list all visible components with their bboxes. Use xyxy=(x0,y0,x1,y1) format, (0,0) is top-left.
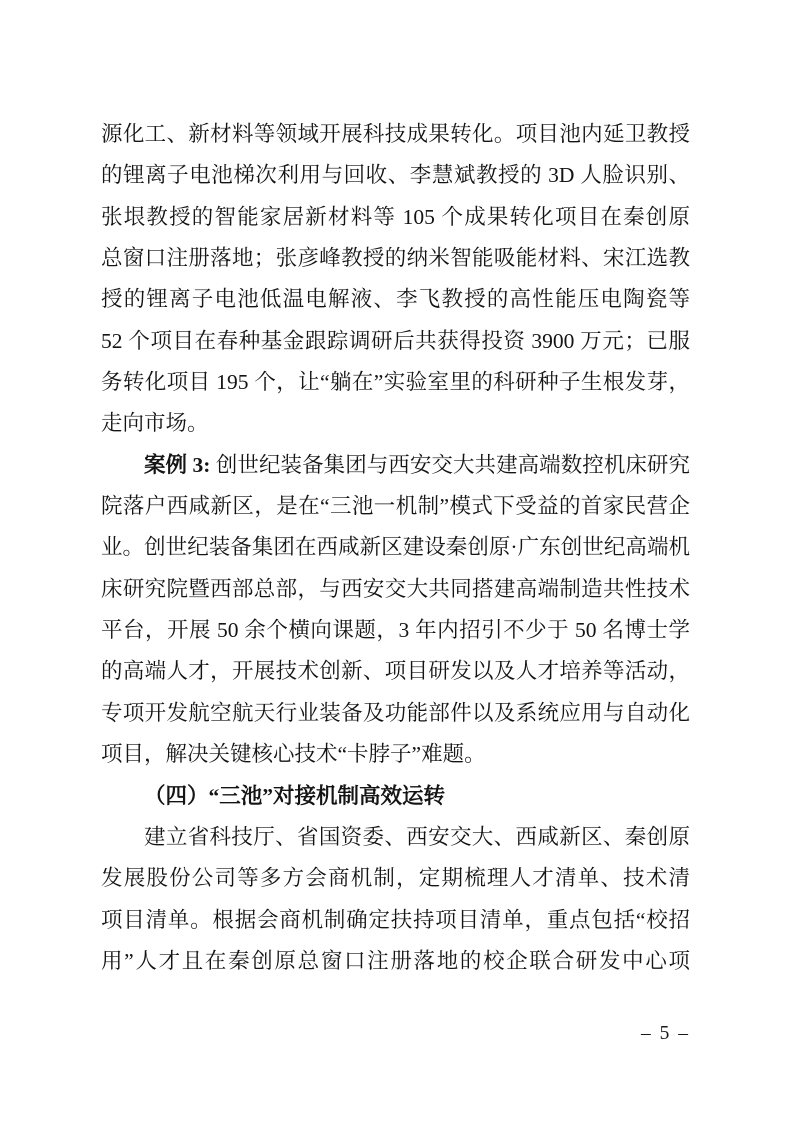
text-line: 案例 3: 创世纪装备集团与西安交大共建高端数控机床研究 xyxy=(101,445,690,486)
text-line: 授的锂离子电池低温电解液、李飞教授的高性能压电陶瓷等 xyxy=(101,279,690,320)
para-docking-mechanism: 建立省科技厅、省国资委、西安交大、西咸新区、秦创原发展股份公司等多方会商机制，定… xyxy=(101,817,690,982)
document-page: 源化工、新材料等领域开展科技成果转化。项目池内延卫教授的锂离子电池梯次利用与回收… xyxy=(0,0,794,1123)
text-line: （四）“三池”对接机制高效运转 xyxy=(101,776,690,817)
heading-section-four: （四）“三池”对接机制高效运转 xyxy=(101,776,690,817)
text-line: 的锂离子电池梯次利用与回收、李慧斌教授的 3D 人脸识别、 xyxy=(101,155,690,196)
para-case-3: 案例 3: 创世纪装备集团与西安交大共建高端数控机床研究院落户西咸新区，是在“三… xyxy=(101,445,690,776)
text-line: 项目，解决关键核心技术“卡脖子”难题。 xyxy=(101,734,690,775)
text-line: 52 个项目在春种基金跟踪调研后共获得投资 3900 万元；已服 xyxy=(101,321,690,362)
text-line: 业。创世纪装备集团在西咸新区建设秦创原·广东创世纪高端机 xyxy=(101,527,690,568)
text-line: 院落户西咸新区，是在“三池一机制”模式下受益的首家民营企 xyxy=(101,486,690,527)
text-line: 张垠教授的智能家居新材料等 105 个成果转化项目在秦创原 xyxy=(101,197,690,238)
para-transfer-results: 源化工、新材料等领域开展科技成果转化。项目池内延卫教授的锂离子电池梯次利用与回收… xyxy=(101,114,690,445)
text-line: 专项开发航空航天行业装备及功能部件以及系统应用与自动化 xyxy=(101,693,690,734)
bold-lead-label: 案例 3: xyxy=(144,453,210,477)
document-body: 源化工、新材料等领域开展科技成果转化。项目池内延卫教授的锂离子电池梯次利用与回收… xyxy=(101,114,690,982)
text-line: 源化工、新材料等领域开展科技成果转化。项目池内延卫教授 xyxy=(101,114,690,155)
text-line: 发展股份公司等多方会商机制，定期梳理人才清单、技术清单、 xyxy=(101,858,690,899)
text-line: 用”人才且在秦创原总窗口注册落地的校企联合研发中心项目、 xyxy=(101,941,690,982)
text-line: 走向市场。 xyxy=(101,403,690,444)
text-line: 总窗口注册落地；张彦峰教授的纳米智能吸能材料、宋江选教 xyxy=(101,238,690,279)
text-line: 建立省科技厅、省国资委、西安交大、西咸新区、秦创原 xyxy=(101,817,690,858)
page-number: – 5 – xyxy=(641,1021,690,1047)
text-line: 床研究院暨西部总部，与西安交大共同搭建高端制造共性技术 xyxy=(101,569,690,610)
text-line: 的高端人才，开展技术创新、项目研发以及人才培养等活动， xyxy=(101,651,690,692)
text-line: 项目清单。根据会商机制确定扶持项目清单，重点包括“校招共 xyxy=(101,900,690,941)
text-line: 平台，开展 50 余个横向课题，3 年内招引不少于 50 名博士学历 xyxy=(101,610,690,651)
text-line: 务转化项目 195 个，让“躺在”实验室里的科研种子生根发芽， xyxy=(101,362,690,403)
